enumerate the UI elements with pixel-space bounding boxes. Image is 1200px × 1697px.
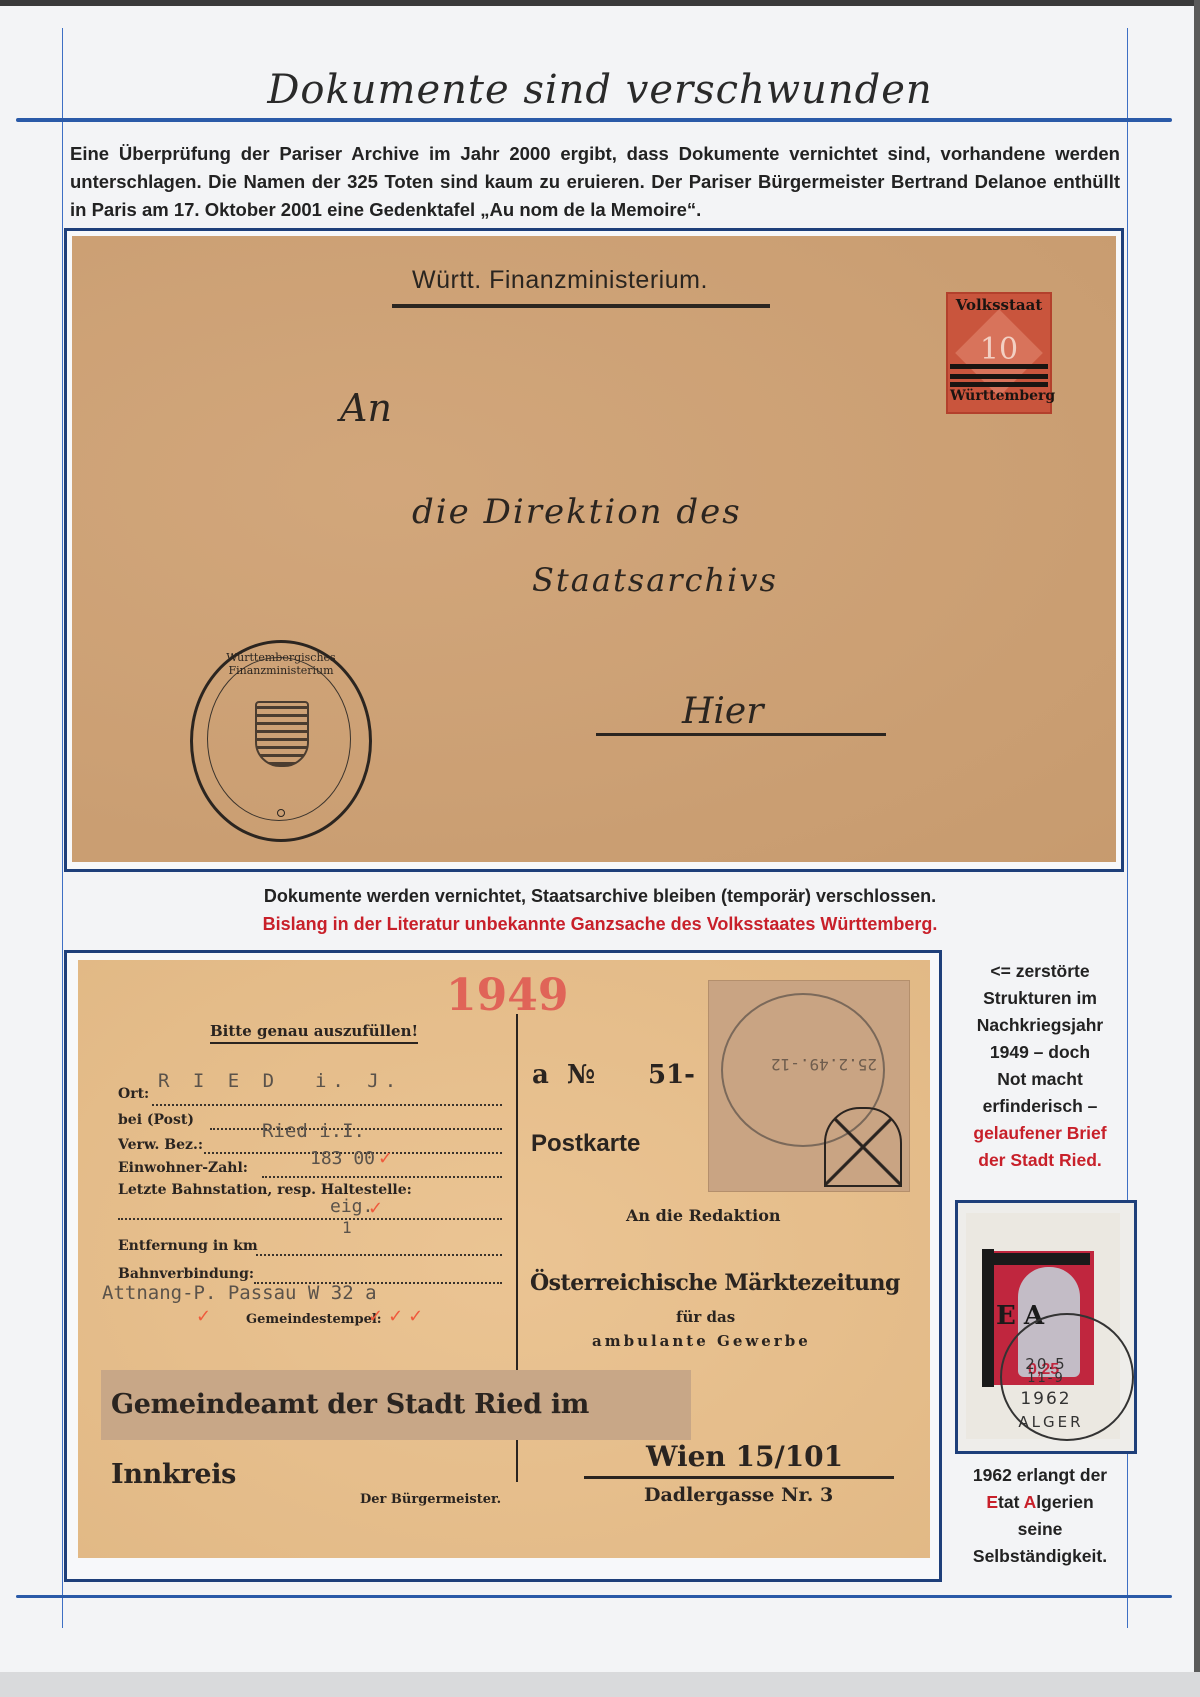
- seal-dot: [277, 809, 285, 817]
- postmark-time: 11-9: [1006, 1371, 1086, 1386]
- side-note-line: seine: [952, 1516, 1128, 1543]
- postage-cutout: 25.2.49.-12: [708, 980, 910, 1192]
- bavaria-franking-icon: [824, 1107, 902, 1187]
- number-prefix: a №: [532, 1060, 595, 1090]
- number-value: 51-: [648, 1060, 695, 1090]
- page-title: Dokumente sind verschwunden: [0, 67, 1200, 113]
- overprint-bar: [994, 1253, 1090, 1265]
- form-value-entfernung: 1: [342, 1218, 352, 1237]
- side-note-line: Selbständigkeit.: [952, 1543, 1128, 1570]
- checkmark-icon: ✓: [196, 1306, 211, 1327]
- form-value-ort: R I E D i. J.: [158, 1070, 402, 1092]
- recipient-line-3: für das: [676, 1308, 735, 1326]
- side-note-line: Strukturen im: [952, 985, 1128, 1012]
- side-note-line-highlight: gelaufener Brief: [952, 1120, 1128, 1147]
- form-dots: [118, 1218, 502, 1220]
- scan-edge-top: [0, 0, 1200, 6]
- rule-bottom: [16, 1595, 1172, 1598]
- form-label-einwohner: Einwohner-Zahl:: [118, 1160, 248, 1176]
- side-note-line: Nachkriegsjahr: [952, 1012, 1128, 1039]
- form-label-bahnverbindung: Bahnverbindung:: [118, 1266, 254, 1282]
- checkmark-icon: ✓: [368, 1198, 383, 1219]
- side-note-line: 1962 erlangt der: [952, 1462, 1128, 1489]
- year-stamp: 1949: [446, 970, 568, 1021]
- algeria-stamp-piece: EA 0,25 20.5 11-9 1962 ALGER: [966, 1213, 1120, 1439]
- form-value-verw-bez: Ried i.I.: [262, 1120, 365, 1142]
- form-heading: Bitte genau auszufüllen!: [210, 1022, 418, 1044]
- rule-top: [16, 118, 1172, 122]
- guide-left: [62, 28, 63, 1628]
- scan-edge-right: [1194, 0, 1200, 1697]
- recipient-line-2: Österreichische Märktezeitung: [530, 1270, 900, 1296]
- coat-of-arms-icon: [255, 701, 309, 767]
- checkmark-icon: ✓ ✓ ✓: [368, 1306, 423, 1327]
- recipient-line-4: ambulante Gewerbe: [592, 1332, 811, 1350]
- side-note-line: Not macht: [952, 1066, 1128, 1093]
- algeria-stamp-frame: EA 0,25 20.5 11-9 1962 ALGER: [955, 1200, 1137, 1454]
- side-note-algeria: 1962 erlangt der Etat Algerien seine Sel…: [952, 1462, 1128, 1570]
- side-note-line: 1949 – doch: [952, 1039, 1128, 1066]
- envelope-sender: Württ. Finanzministerium.: [412, 266, 708, 295]
- side-note-line: Etat Algerien: [952, 1489, 1128, 1516]
- stamp-overprint-top: Volksstaat: [950, 296, 1048, 314]
- stamp-bar: [950, 374, 1048, 379]
- side-note-line: <= zerstörte: [952, 958, 1128, 985]
- form-dots: [256, 1254, 502, 1256]
- recipient-line-1: An die Redaktion: [626, 1206, 781, 1225]
- form-dots: [262, 1176, 502, 1178]
- recipient-street: Dadlergasse Nr. 3: [644, 1484, 833, 1506]
- stamp-overprint-bottom: Württemberg: [950, 388, 1048, 404]
- form-label-entfernung: Entfernung in km: [118, 1238, 258, 1254]
- side-note-postcard: <= zerstörte Strukturen im Nachkriegsjah…: [952, 958, 1128, 1174]
- form-label-verw-bez: Verw. Bez.:: [118, 1137, 203, 1153]
- address-line: Hier: [682, 691, 763, 732]
- form-label-gemeindestempel: Gemeindestempel:: [246, 1312, 382, 1327]
- scan-edge-bottom: [0, 1672, 1200, 1697]
- recipient-city: Wien 15/101: [646, 1440, 843, 1473]
- sender-underline: [392, 304, 770, 308]
- postmark-date: 25.2.49.-12: [771, 1055, 877, 1074]
- postcard-type: Postkarte: [531, 1130, 640, 1158]
- form-value-bahnstation: eig.: [330, 1196, 373, 1217]
- postmark-year: 1962: [1006, 1389, 1086, 1409]
- address-underline: [596, 733, 886, 736]
- stamp-value: 10: [948, 332, 1050, 367]
- form-label-ort: Ort:: [118, 1086, 149, 1102]
- form-dots: [152, 1104, 502, 1106]
- municipal-strip: Gemeindeamt der Stadt Ried im Innkreis: [101, 1370, 691, 1440]
- ministry-seal: Württembergisches Finanzministerium: [190, 640, 372, 842]
- address-line: An: [340, 386, 392, 430]
- overprint-bar: [982, 1249, 994, 1387]
- form-label-bei-post: bei (Post): [118, 1112, 194, 1128]
- checkmark-icon: ✓: [378, 1148, 393, 1169]
- envelope-caption: Dokumente werden vernichtet, Staatsarchi…: [0, 886, 1200, 907]
- stamp-bar: [950, 364, 1048, 369]
- form-value-bahnverbindung: Attnang-P. Passau W 32 a: [102, 1282, 377, 1304]
- seal-text: Württembergisches Finanzministerium: [193, 651, 369, 677]
- stamp-bar: [950, 382, 1048, 387]
- form-value-einwohner: 183 00: [310, 1148, 375, 1169]
- intro-paragraph: Eine Überprüfung der Pariser Archive im …: [70, 140, 1120, 224]
- address-line: Staatsarchivs: [532, 561, 778, 599]
- envelope-caption-highlight: Bislang in der Literatur unbekannte Ganz…: [0, 914, 1200, 935]
- initial-e: E: [986, 1492, 998, 1512]
- postmark-city: ALGER: [1006, 1413, 1096, 1431]
- side-note-line: erfinderisch –: [952, 1093, 1128, 1120]
- postcard-image: 1949 Bitte genau auszufüllen! Ort: R I E…: [78, 960, 930, 1558]
- etat-rest: tat: [998, 1492, 1024, 1512]
- address-line: die Direktion des: [412, 492, 742, 532]
- side-note-line-highlight: der Stadt Ried.: [952, 1147, 1128, 1174]
- initial-a: A: [1024, 1492, 1037, 1512]
- city-underline: [584, 1476, 894, 1479]
- algerien-rest: lgerien: [1036, 1492, 1093, 1512]
- envelope-image: Württ. Finanzministerium. 10 Volksstaat …: [72, 236, 1116, 862]
- volksstaat-stamp: 10 Volksstaat Württemberg: [946, 292, 1052, 414]
- mayor-label: Der Bürgermeister.: [360, 1492, 501, 1507]
